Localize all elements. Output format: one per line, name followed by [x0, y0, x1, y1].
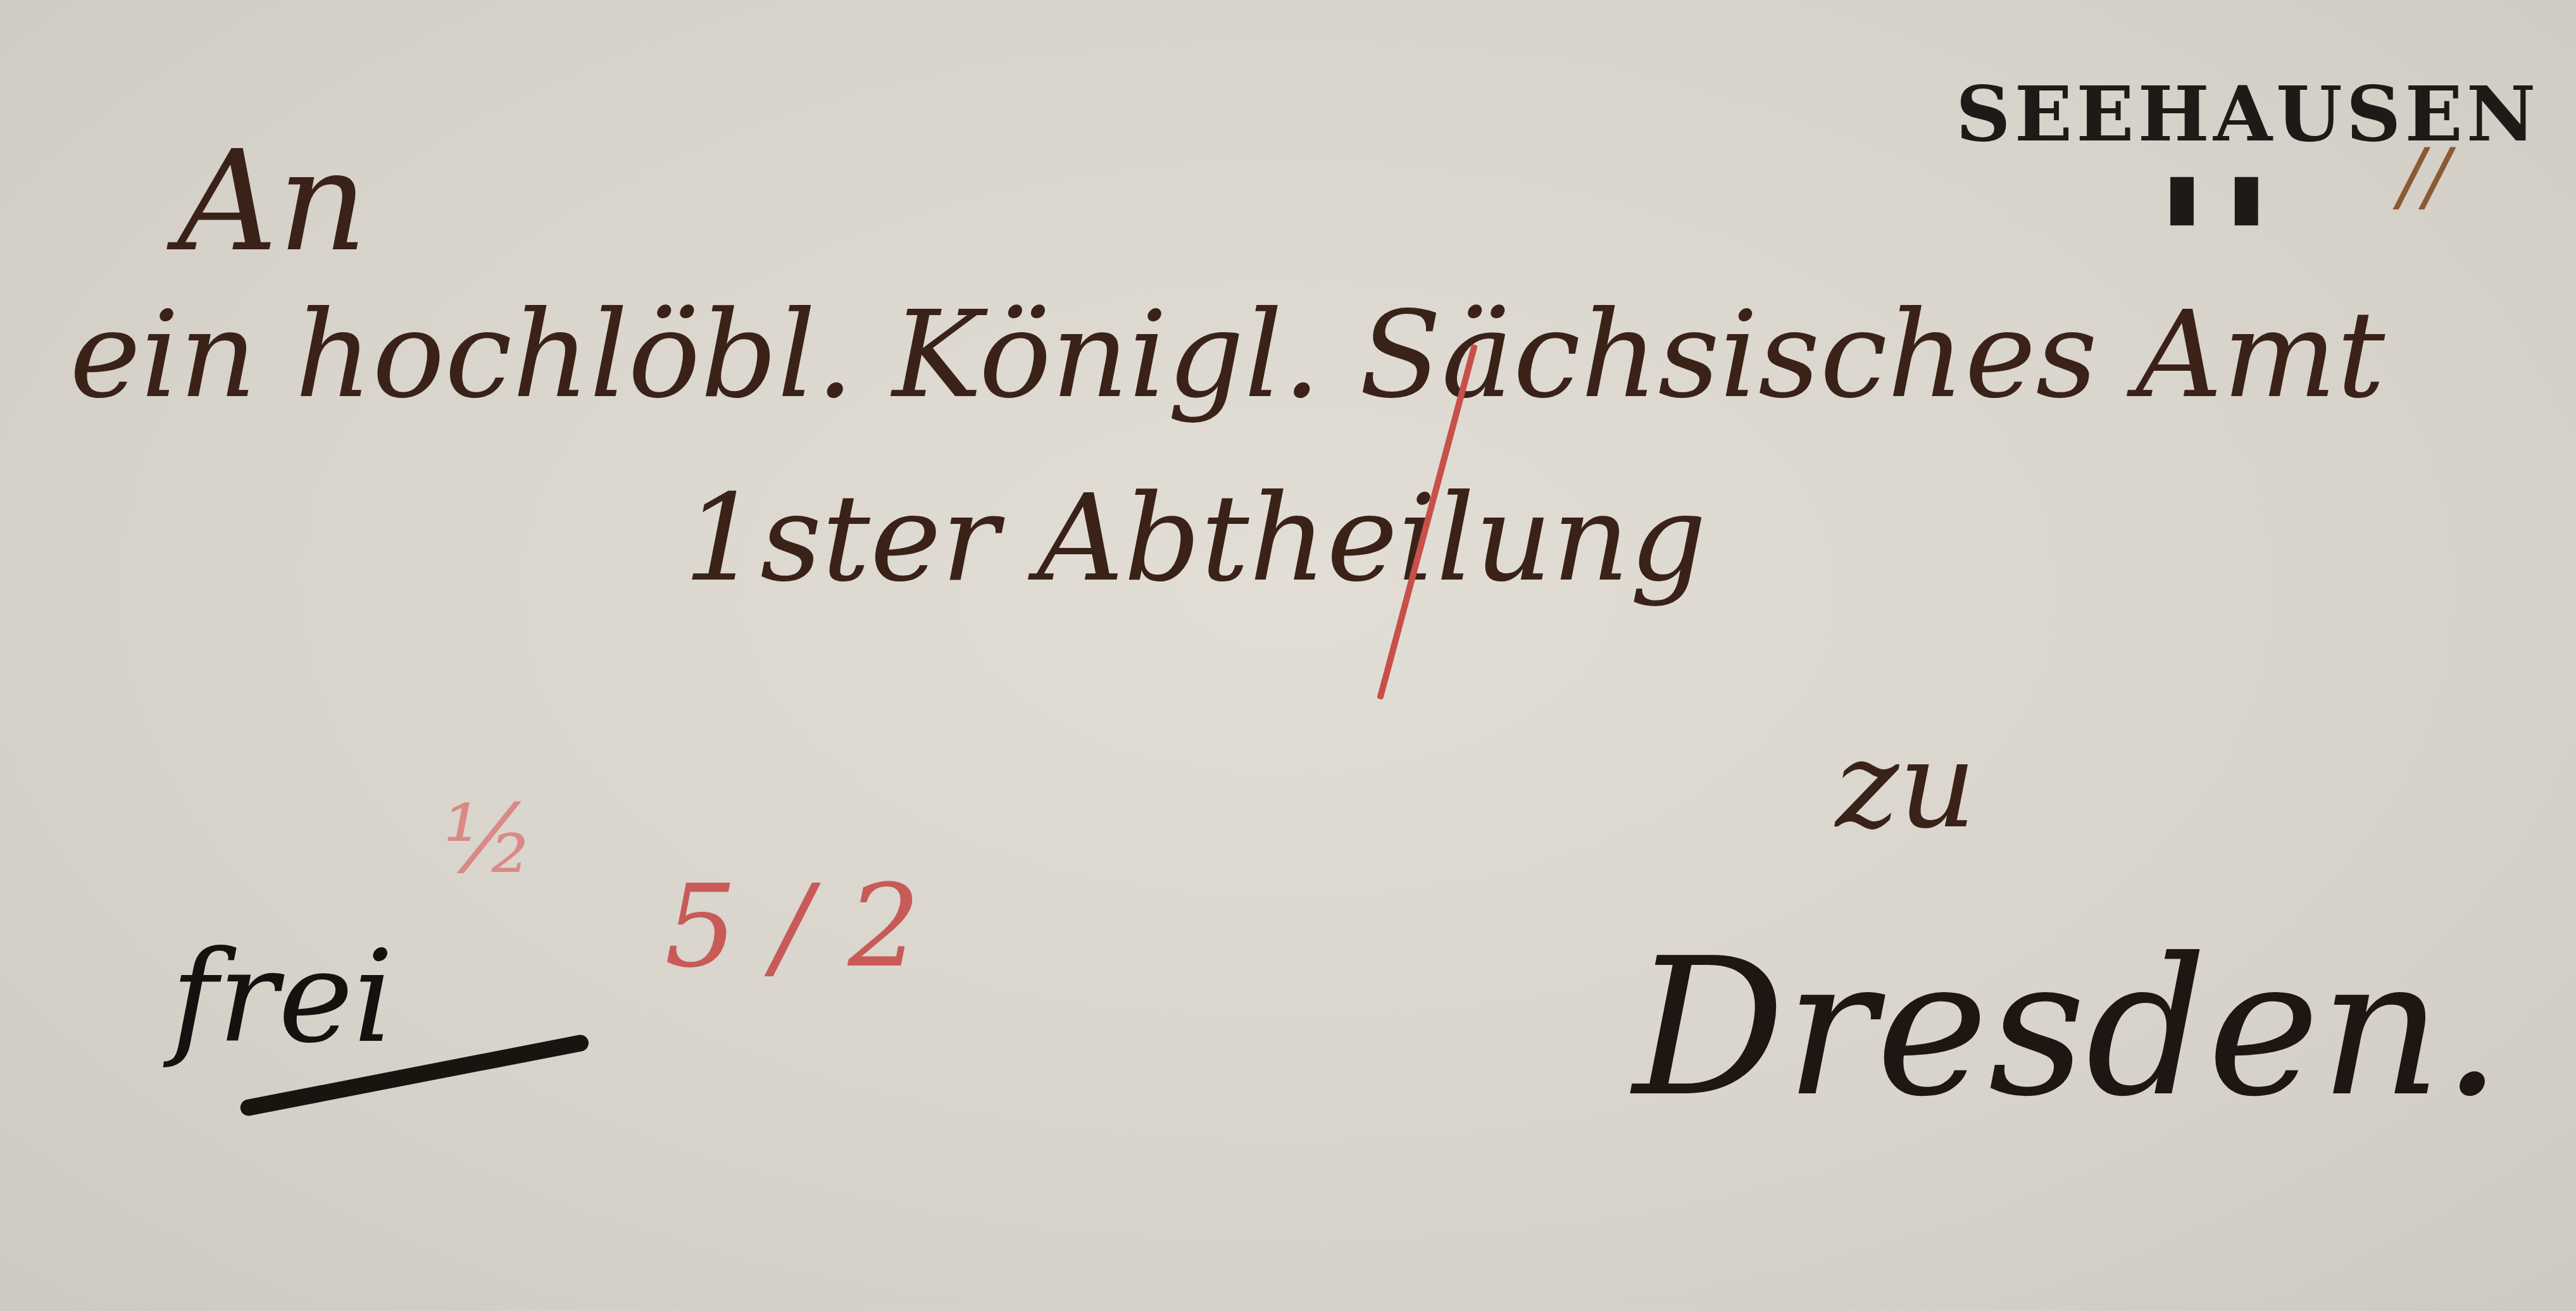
postmark-town: SEEHAUSEN [1956, 70, 2540, 159]
franking-note: frei [171, 924, 394, 1071]
address-line1: ein hochlöbl. Königl. Sächsisches Amt [70, 285, 2385, 425]
postmark-submarks: ▮ ▮ [2165, 158, 2268, 233]
manuscript-mark: // [2399, 133, 2450, 221]
address-city: Dresden. [1633, 917, 2503, 1138]
address-line2: 1ster Abtheilung [684, 468, 1706, 608]
red-rate-top: ½ [443, 785, 535, 895]
envelope-cover: SEEHAUSEN ▮ ▮ // An ein hochlöbl. Königl… [0, 0, 2576, 1311]
address-salutation: An [177, 120, 368, 282]
red-rate-crossed: 5 / 2 [665, 861, 920, 993]
address-prep: zu [1835, 715, 1976, 855]
